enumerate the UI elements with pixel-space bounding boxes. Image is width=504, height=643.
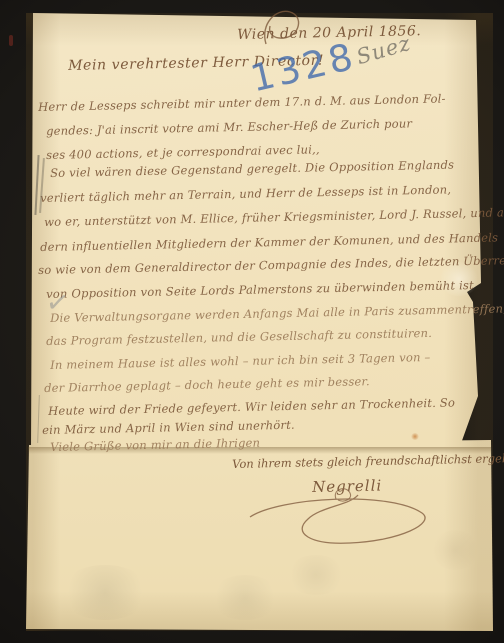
scanned-letter-page: Wien den 20 April 1856. Mein verehrteste…: [0, 0, 504, 643]
check-mark: ✓: [44, 285, 72, 321]
background-red-mark: [9, 35, 13, 46]
signature: Negrelli: [312, 477, 382, 496]
